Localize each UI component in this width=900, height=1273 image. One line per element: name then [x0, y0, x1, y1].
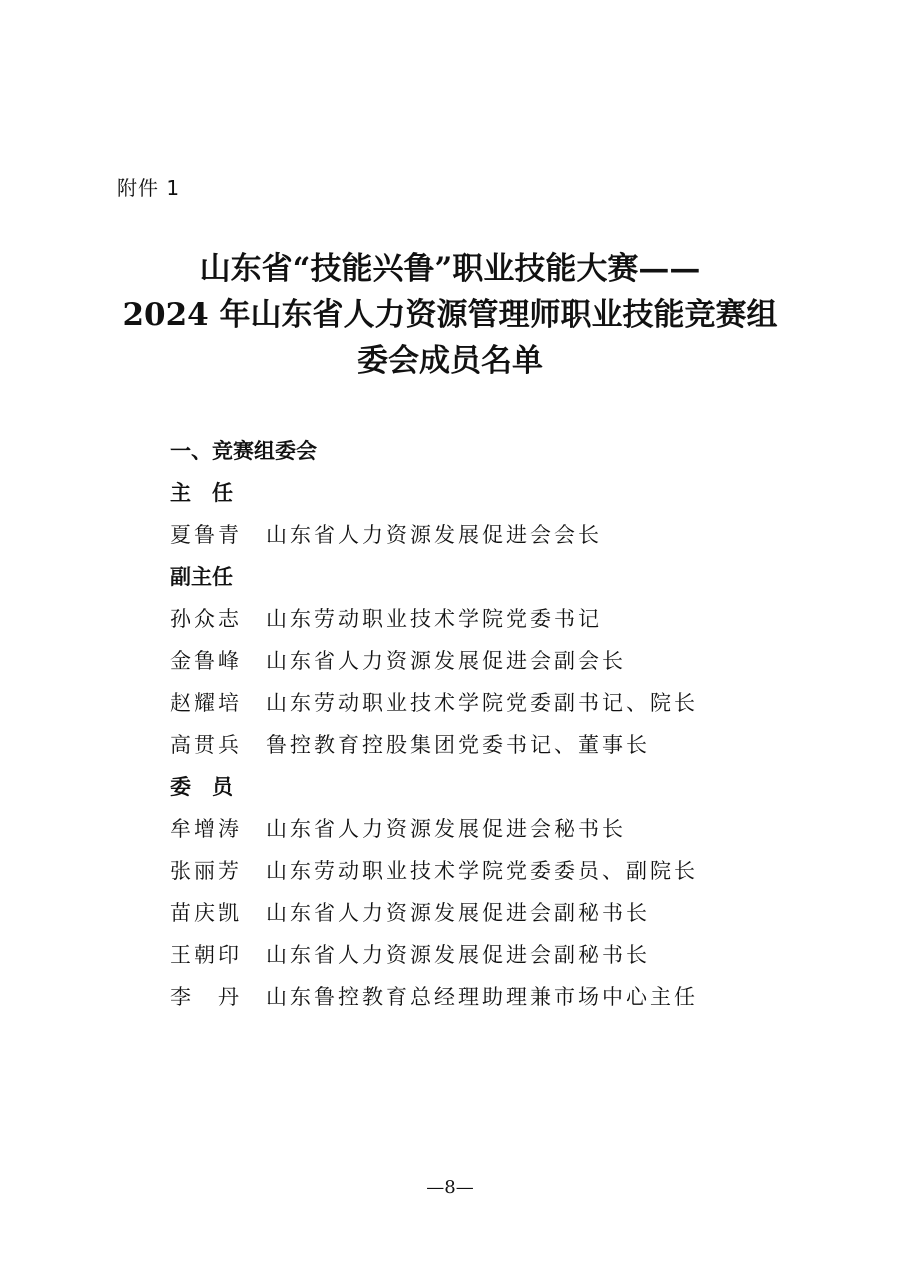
member-name: 王朝印: [170, 934, 266, 976]
member-position: 山东省人力资源发展促进会副会长: [266, 640, 626, 682]
member-name: 张丽芳: [170, 850, 266, 892]
member-row: 赵耀培山东劳动职业技术学院党委副书记、院长: [170, 682, 790, 724]
member-position: 山东鲁控教育总经理助理兼市场中心主任: [266, 976, 698, 1018]
role-heading-deputy-director: 副主任: [170, 556, 790, 598]
member-name: 高贯兵: [170, 724, 266, 766]
role-heading-director: 主 任: [170, 472, 790, 514]
document-title: 山东省“技能兴鲁”职业技能大赛—— 2024 年山东省人力资源管理师职业技能竞赛…: [0, 246, 900, 384]
member-row: 牟增涛山东省人力资源发展促进会秘书长: [170, 808, 790, 850]
member-row: 金鲁峰山东省人力资源发展促进会副会长: [170, 640, 790, 682]
title-line-2: 2024 年山东省人力资源管理师职业技能竞赛组: [0, 292, 900, 338]
member-row: 高贯兵鲁控教育控股集团党委书记、董事长: [170, 724, 790, 766]
role-heading-members: 委 员: [170, 766, 790, 808]
member-position: 鲁控教育控股集团党委书记、董事长: [266, 724, 650, 766]
member-name: 金鲁峰: [170, 640, 266, 682]
member-name: 孙众志: [170, 598, 266, 640]
member-position: 山东劳动职业技术学院党委副书记、院长: [266, 682, 698, 724]
member-name: 夏鲁青: [170, 514, 266, 556]
member-row: 张丽芳山东劳动职业技术学院党委委员、副院长: [170, 850, 790, 892]
member-name: 牟增涛: [170, 808, 266, 850]
member-position: 山东劳动职业技术学院党委委员、副院长: [266, 850, 698, 892]
page-number: —8—: [0, 1177, 900, 1198]
member-name: 李 丹: [170, 976, 266, 1018]
annex-label: 附件 1: [117, 172, 180, 201]
member-name: 苗庆凯: [170, 892, 266, 934]
member-row: 孙众志山东劳动职业技术学院党委书记: [170, 598, 790, 640]
title-line-3: 委会成员名单: [0, 338, 900, 384]
member-row: 王朝印山东省人力资源发展促进会副秘书长: [170, 934, 790, 976]
member-row: 夏鲁青山东省人力资源发展促进会会长: [170, 514, 790, 556]
member-name: 赵耀培: [170, 682, 266, 724]
member-row: 苗庆凯山东省人力资源发展促进会副秘书长: [170, 892, 790, 934]
committee-list: 一、竞赛组委会 主 任 夏鲁青山东省人力资源发展促进会会长 副主任 孙众志山东劳…: [170, 430, 790, 1018]
title-line-1: 山东省“技能兴鲁”职业技能大赛——: [0, 246, 900, 292]
member-position: 山东劳动职业技术学院党委书记: [266, 598, 602, 640]
member-position: 山东省人力资源发展促进会副秘书长: [266, 934, 650, 976]
member-position: 山东省人力资源发展促进会副秘书长: [266, 892, 650, 934]
member-position: 山东省人力资源发展促进会会长: [266, 514, 602, 556]
member-position: 山东省人力资源发展促进会秘书长: [266, 808, 626, 850]
member-row: 李 丹山东鲁控教育总经理助理兼市场中心主任: [170, 976, 790, 1018]
section-heading: 一、竞赛组委会: [170, 430, 790, 472]
